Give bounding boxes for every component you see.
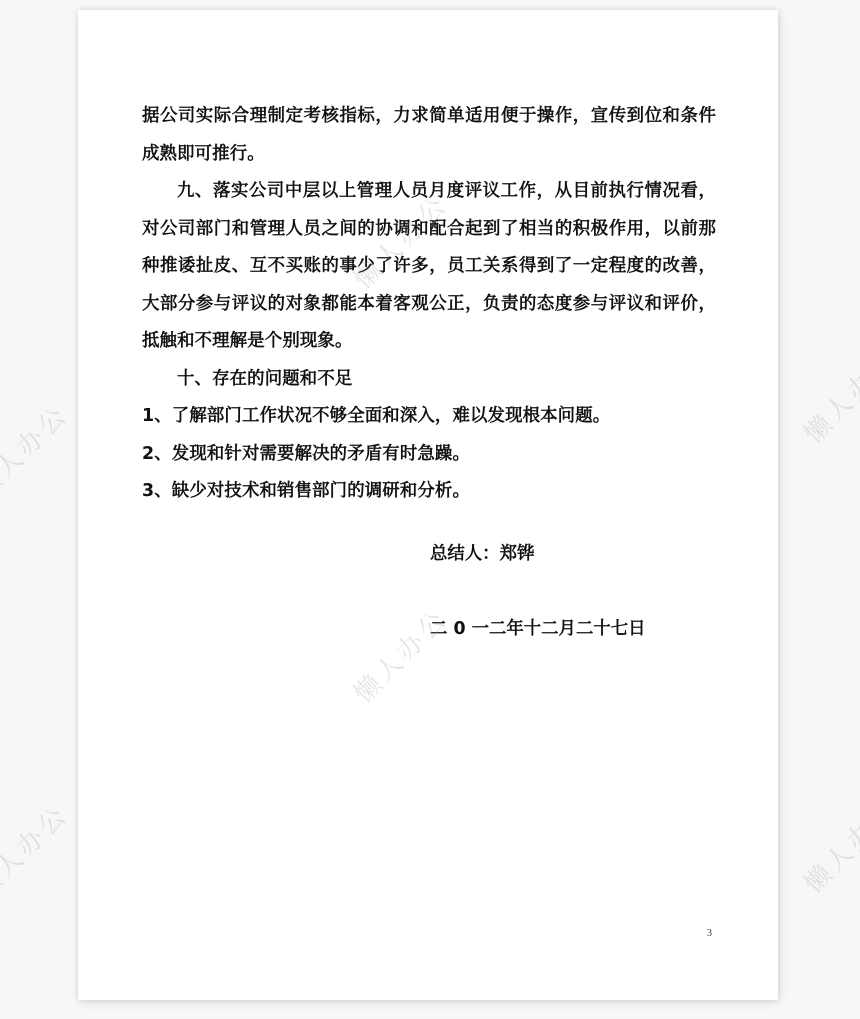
list-item-2: 2、发现和针对需要解决的矛盾有时急躁。 [142,436,716,474]
paragraph-continuation: 据公司实际合理制定考核指标，力求简单适用便于操作，宣传到位和条件成熟即可推行。 [142,98,716,173]
document-body: 据公司实际合理制定考核指标，力求简单适用便于操作，宣传到位和条件成熟即可推行。 … [142,98,716,511]
paragraph-section-nine: 九、落实公司中层以上管理人员月度评议工作，从目前执行情况看，对公司部门和管理人员… [142,173,716,361]
document-page: 据公司实际合理制定考核指标，力求简单适用便于操作，宣传到位和条件成熟即可推行。 … [78,10,778,1000]
watermark: 懒人办公 [794,789,860,900]
date-line: 二 0 一二年十二月二十七日 [430,617,646,641]
watermark: 懒人办公 [794,339,860,450]
page-number: 3 [707,928,712,939]
heading-section-ten: 十、存在的问题和不足 [142,361,716,399]
signature-line: 总结人：郑铧 [430,542,534,566]
list-item-1: 1、了解部门工作状况不够全面和深入，难以发现根本问题。 [142,398,716,436]
watermark: 懒人办公 [0,795,76,906]
watermark: 懒人办公 [0,395,76,506]
list-item-3: 3、缺少对技术和销售部门的调研和分析。 [142,473,716,511]
